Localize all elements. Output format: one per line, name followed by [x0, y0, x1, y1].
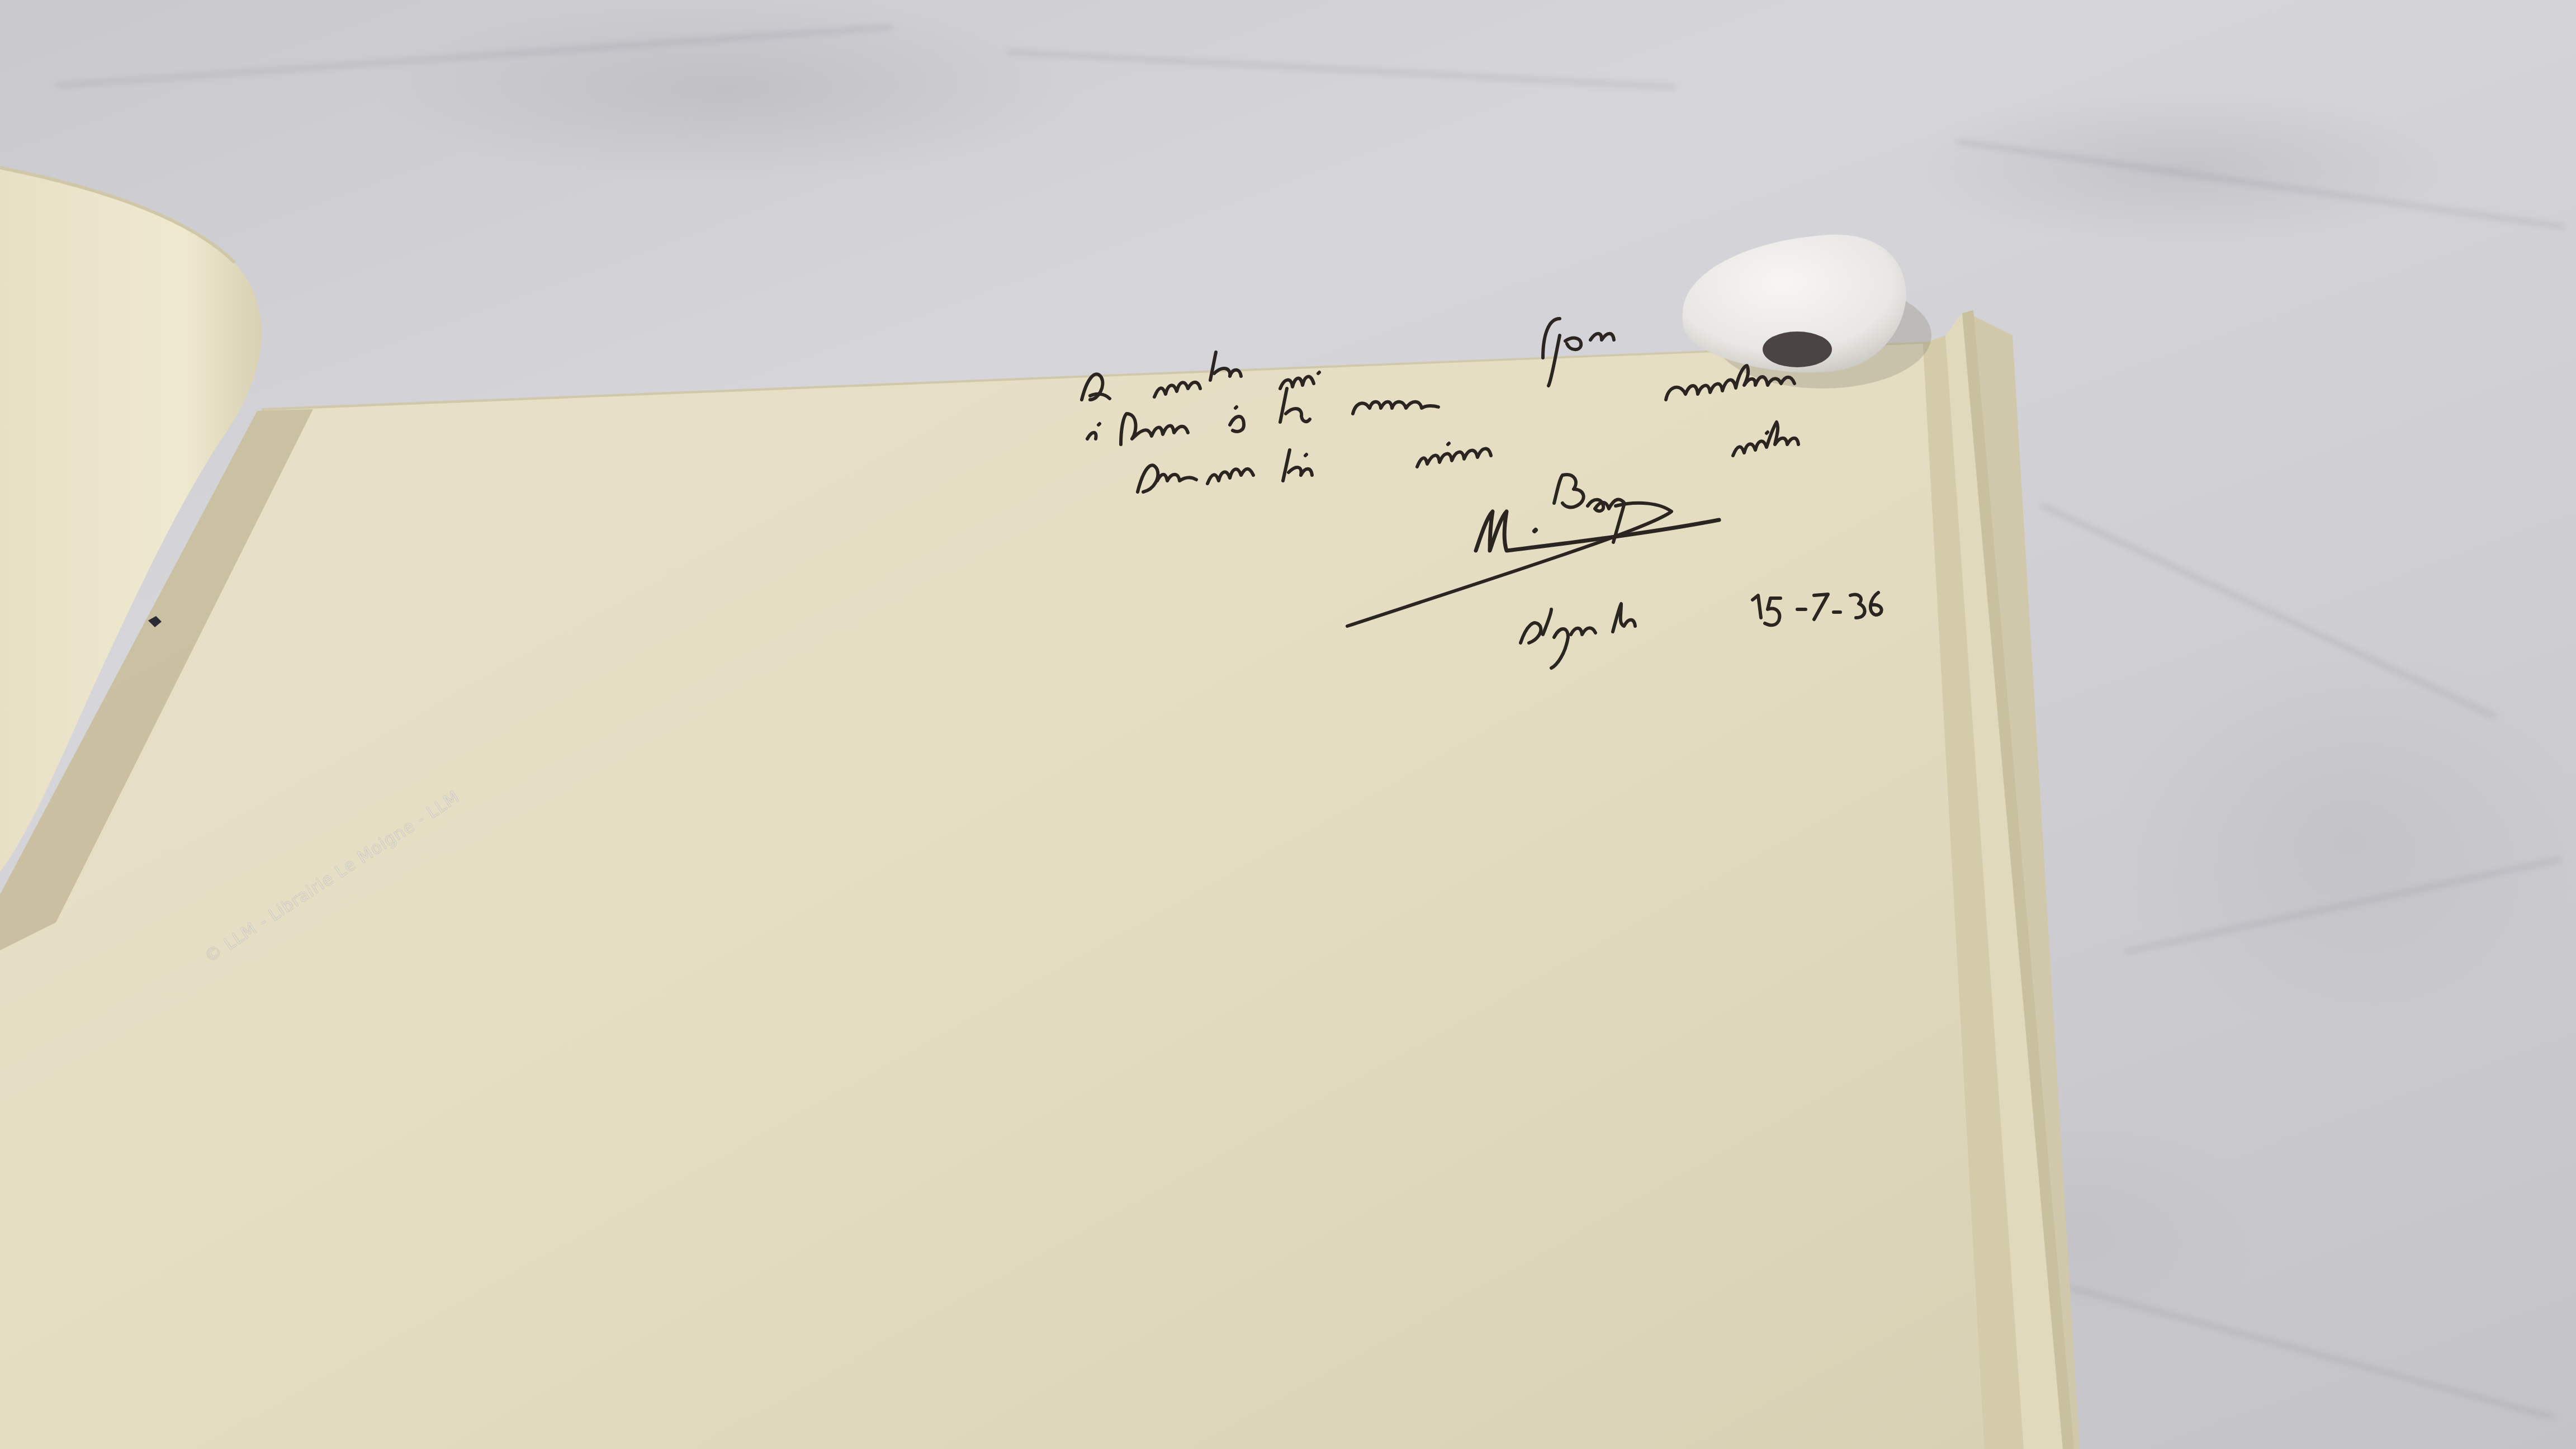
stone-dark-spot: [1763, 332, 1832, 367]
book: [0, 0, 2576, 1449]
